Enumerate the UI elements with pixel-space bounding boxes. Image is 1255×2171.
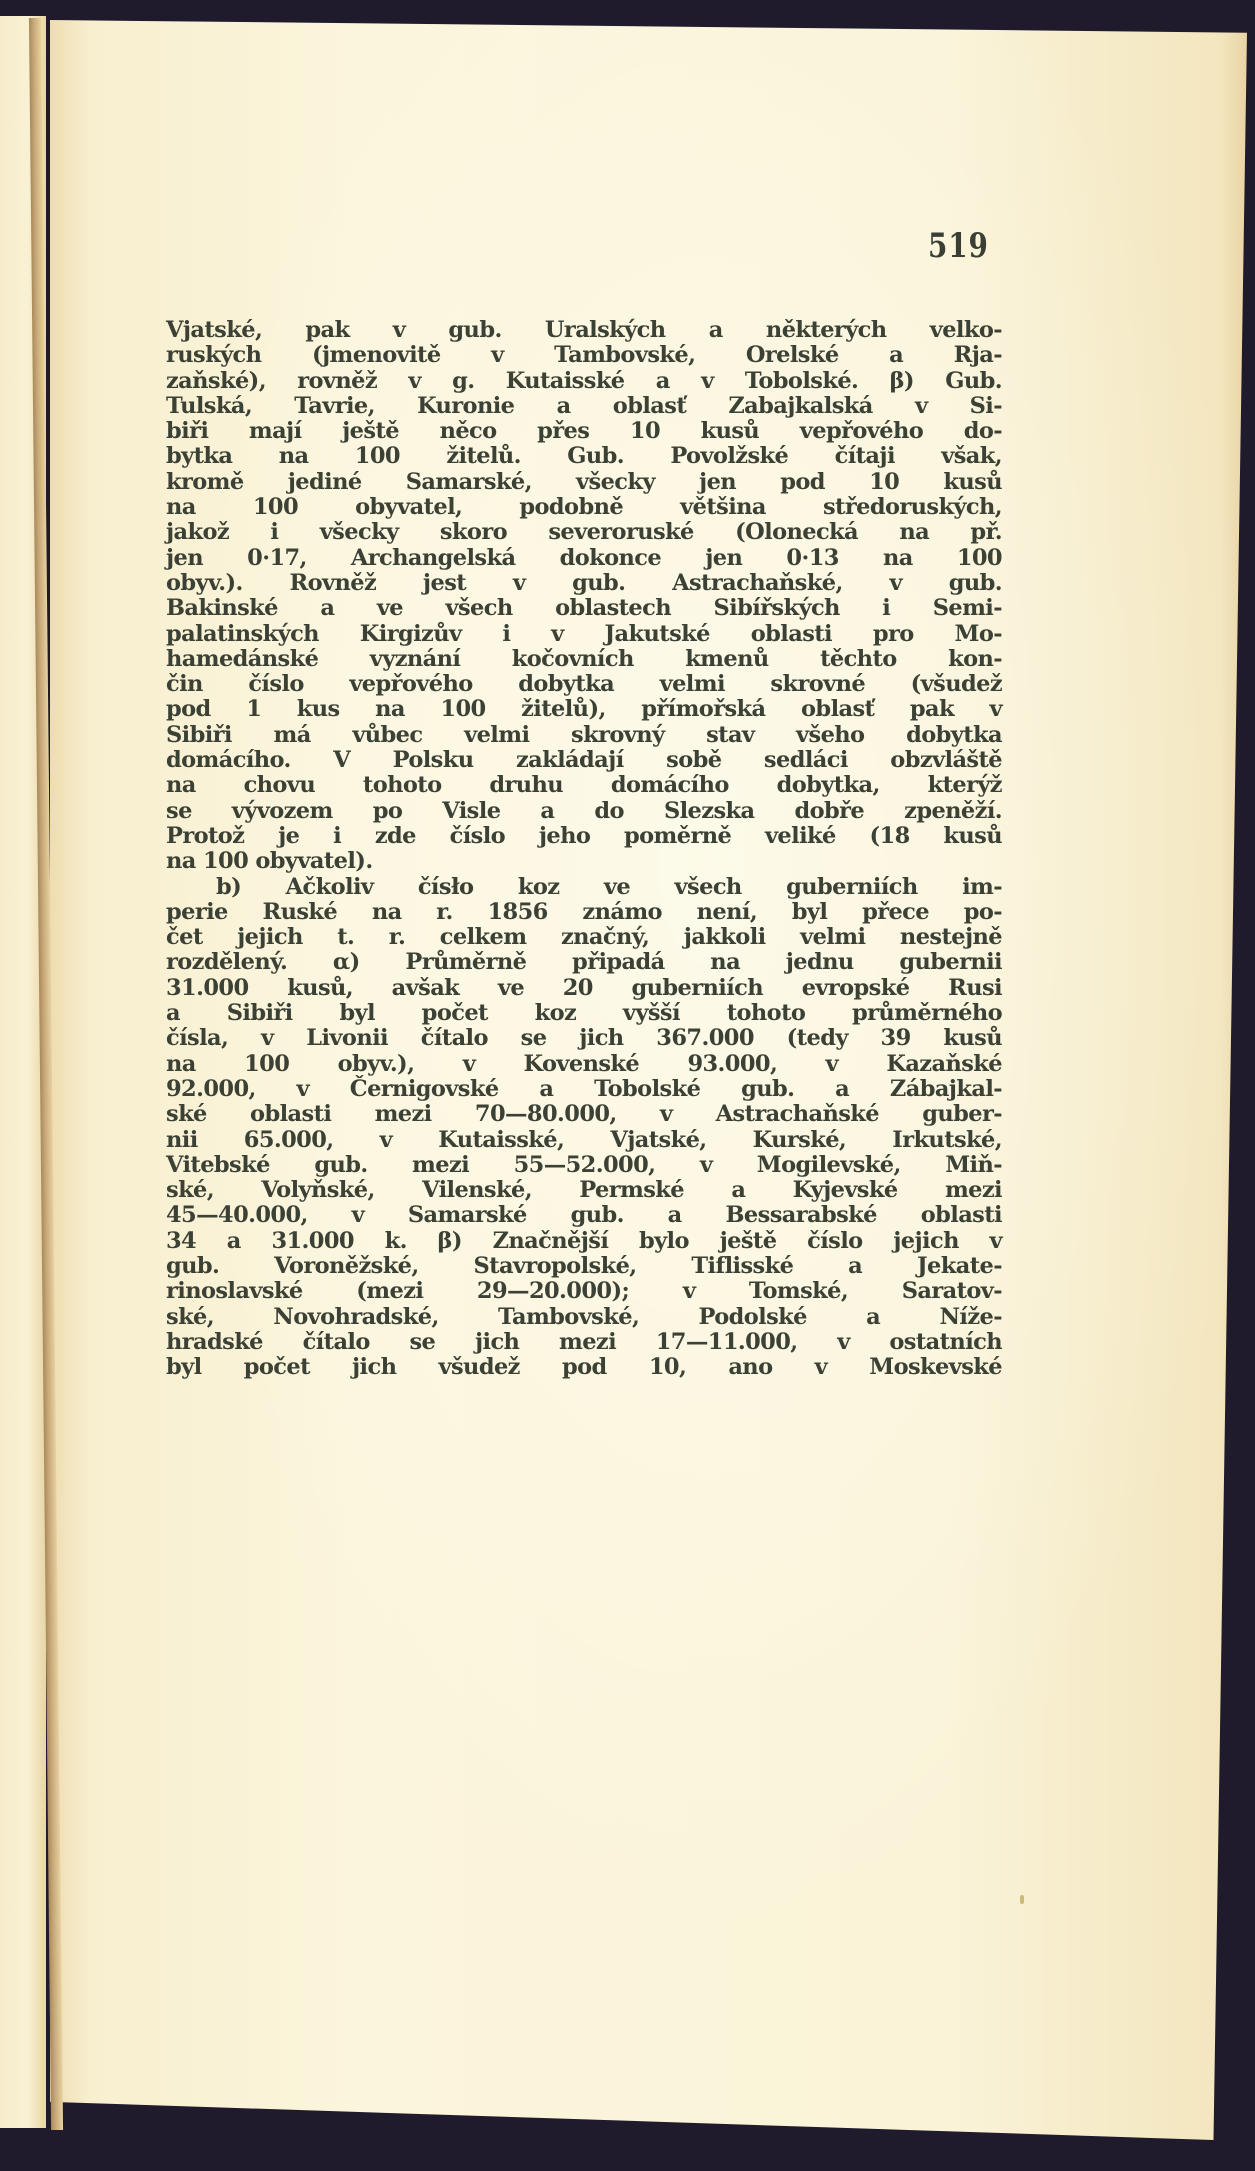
text-line: jakož i všecky skoro severoruské (Olonec…	[166, 520, 1002, 545]
text-line: pod 1 kus na 100 žitelů), přímořská obla…	[166, 697, 1002, 722]
text-line: Vjatské, pak v gub. Uralských a některýc…	[166, 318, 1002, 343]
text-line: Vitebské gub. mezi 55—52.000, v Mogilevs…	[166, 1153, 1002, 1178]
text-line: byl počet jich všudež pod 10, ano v Mosk…	[166, 1355, 1002, 1380]
text-line: ské oblasti mezi 70—80.000, v Astrachaňs…	[166, 1102, 1002, 1127]
text-line: ské, Volyňské, Vilenské, Permské a Kyjev…	[166, 1178, 1002, 1203]
text-line: nii 65.000, v Kutaisské, Vjatské, Kurské…	[166, 1128, 1002, 1153]
text-line: rozdělený. α) Průměrně připadá na jednu …	[166, 950, 1002, 975]
text-line: Protož je i zde číslo jeho poměrně velik…	[166, 824, 1002, 849]
text-line: na chovu tohoto druhu domácího dobytka, …	[166, 773, 1002, 798]
text-line: čin číslo vepřového dobytka velmi skrovn…	[166, 672, 1002, 697]
text-line: hamedánské vyznání kočovních kmenů těcht…	[166, 647, 1002, 672]
text-line: rinoslavské (mezi 29—20.000); v Tomské, …	[166, 1279, 1002, 1304]
text-line: na 100 obyvatel).	[166, 849, 1002, 874]
text-line: ruských (jmenovitě v Tambovské, Orelské …	[166, 343, 1002, 368]
text-line: a Sibiři byl počet koz vyšší tohoto prům…	[166, 1001, 1002, 1026]
body-text: Vjatské, pak v gub. Uralských a některýc…	[166, 318, 1002, 1380]
text-line: gub. Voroněžské, Stavropolské, Tiflisské…	[166, 1254, 1002, 1279]
text-line: perie Ruské na r. 1856 známo není, byl p…	[166, 900, 1002, 925]
text-line: bytka na 100 žitelů. Gub. Povolžské číta…	[166, 444, 1002, 469]
paper-blemish	[1020, 1895, 1024, 1904]
text-line: Bakinské a ve všech oblastech Sibířských…	[166, 596, 1002, 621]
text-line: ské, Novohradské, Tambovské, Podolské a …	[166, 1305, 1002, 1330]
page-number: 519	[928, 226, 989, 266]
text-line: 31.000 kusů, avšak ve 20 guberniích evro…	[166, 976, 1002, 1001]
text-line: Tulská, Tavrie, Kuronie a oblasť Zabajka…	[166, 394, 1002, 419]
text-line: Sibiři má vůbec velmi skrovný stav všeho…	[166, 723, 1002, 748]
paragraph-goats: b) Ačkoliv čísło koz ve všech guberniích…	[166, 875, 1002, 1381]
text-line: palatinských Kirgizův i v Jakutské oblas…	[166, 622, 1002, 647]
text-line: 45—40.000, v Samarské gub. a Bessarabské…	[166, 1203, 1002, 1228]
scanned-book-spread: 519 Vjatské, pak v gub. Uralských a někt…	[0, 0, 1255, 2171]
text-line: 92.000, v Černigovské a Tobolské gub. a …	[166, 1077, 1002, 1102]
text-line: čísla, v Livonii čítalo se jich 367.000 …	[166, 1026, 1002, 1051]
paragraph-goats-pigs: Vjatské, pak v gub. Uralských a některýc…	[166, 318, 1002, 875]
text-line: obyv.). Rovněž jest v gub. Astrachaňské,…	[166, 571, 1002, 596]
text-line: jen 0·17, Archangelská dokonce jen 0·13 …	[166, 546, 1002, 571]
text-line: zaňské), rovněž v g. Kutaisské a v Tobol…	[166, 369, 1002, 394]
text-line: se vývozem po Visle a do Slezska dobře z…	[166, 799, 1002, 824]
text-line: kromě jediné Samarské, všecky jen pod 10…	[166, 470, 1002, 495]
text-line: čet jejich t. r. celkem značný, jakkoli …	[166, 925, 1002, 950]
text-line: hradské čítalo se jich mezi 17—11.000, v…	[166, 1330, 1002, 1355]
text-line: na 100 obyv.), v Kovenské 93.000, v Kaza…	[166, 1052, 1002, 1077]
text-line: na 100 obyvatel, podobně většina středor…	[166, 495, 1002, 520]
text-line: biři mají ještě něco přes 10 kusů vepřov…	[166, 419, 1002, 444]
text-line: b) Ačkoliv čísło koz ve všech guberniích…	[166, 875, 1002, 900]
text-line: domácího. V Polsku zakládají sobě sedlác…	[166, 748, 1002, 773]
text-line: 34 a 31.000 k. β) Značnější bylo ještě č…	[166, 1229, 1002, 1254]
